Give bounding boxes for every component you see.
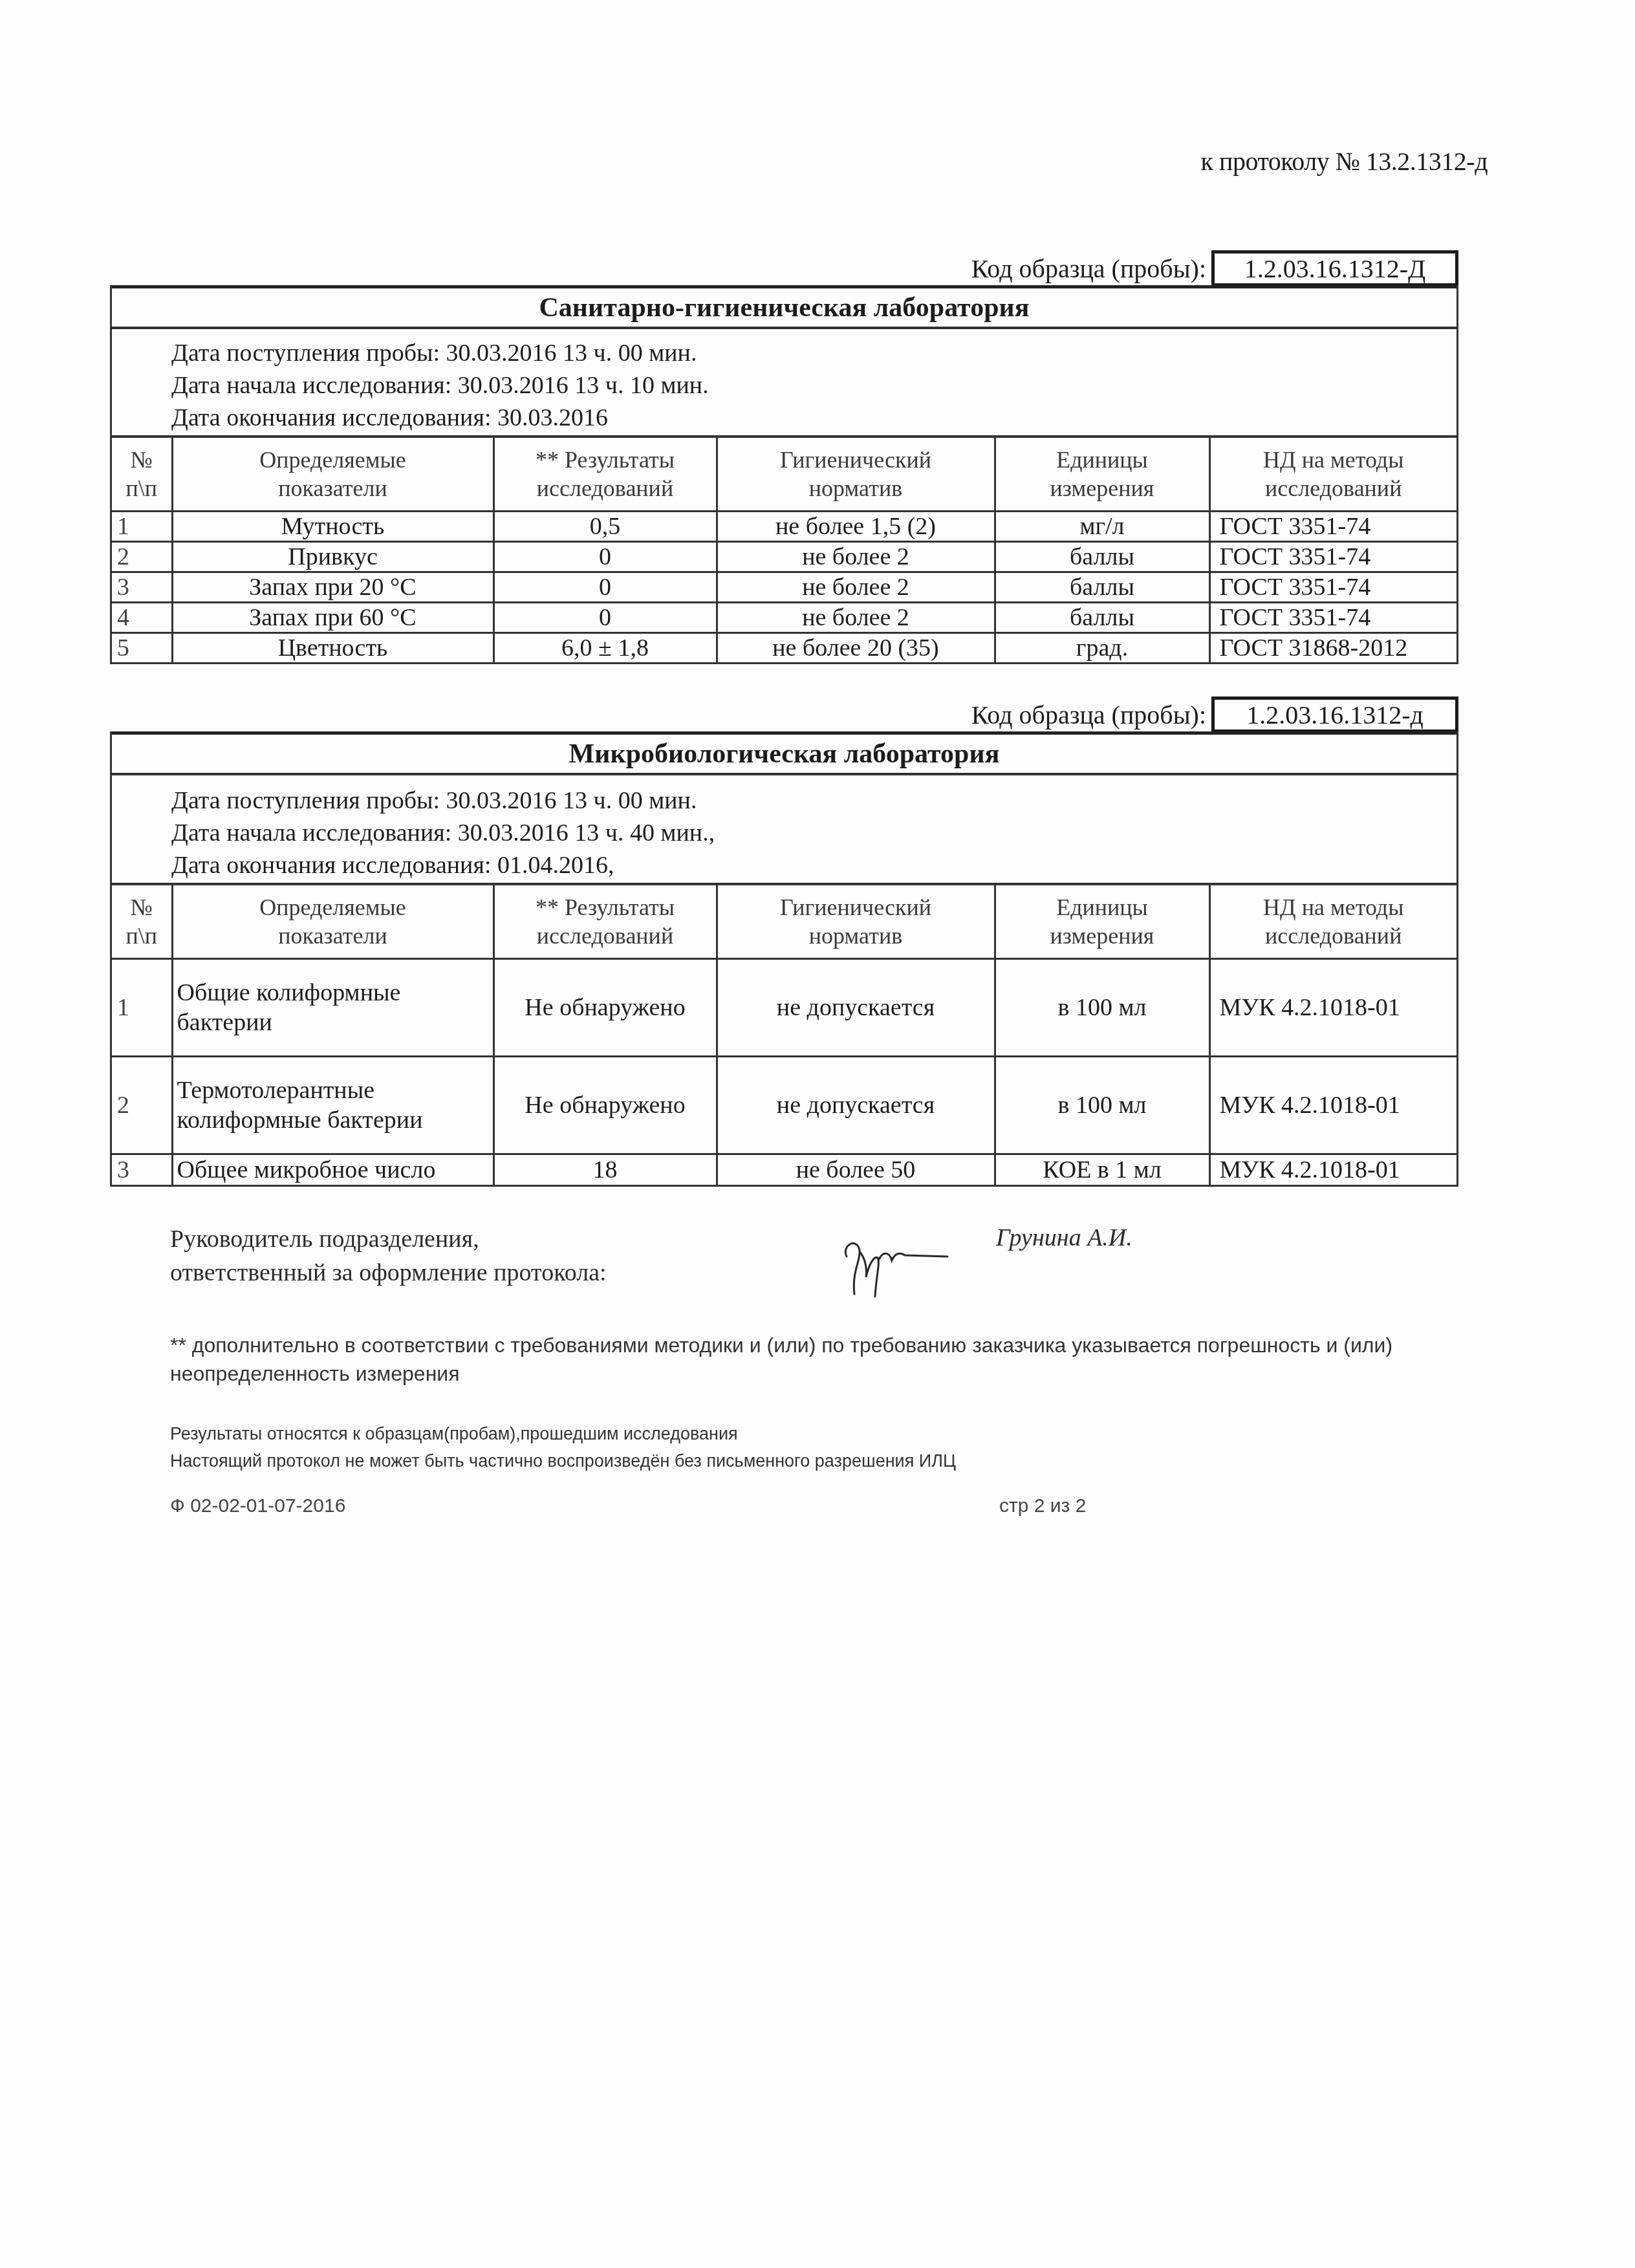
cell-result: 0 (493, 603, 717, 633)
cell-n: 4 (112, 603, 172, 633)
column-header-line: исследований (499, 922, 712, 950)
cell-unit: в 100 мл (995, 1057, 1209, 1154)
column-header-line: Гигиенический (722, 446, 990, 474)
cell-result: Не обнаружено (493, 1057, 717, 1154)
cell-indicator: Общие колиформные бактерии (172, 959, 493, 1057)
column-header-line: Определяемые (177, 893, 489, 922)
column-header-line: п\п (116, 922, 168, 950)
table-row: 3Общее микробное число18не более 50КОЕ в… (112, 1154, 1456, 1186)
cell-unit: баллы (995, 572, 1209, 603)
cell-indicator: Запах при 60 °С (172, 603, 493, 633)
column-header-line: измерения (1000, 474, 1205, 502)
cell-norm: не более 20 (35) (717, 633, 995, 664)
microbiology-lab-section: Микробиологическая лаборатория Дата пост… (110, 731, 1458, 1187)
form-code: Ф 02-02-01-07-2016 (170, 1495, 345, 1517)
cell-method: МУК 4.2.1018-01 (1209, 1154, 1456, 1186)
cell-indicator: Привкус (172, 542, 493, 572)
notes: Результаты относятся к образцам(пробам),… (170, 1420, 956, 1474)
cell-unit: град. (995, 633, 1209, 664)
column-header-line: НД на методы (1215, 446, 1453, 474)
column-header: Единицыизмерения (995, 437, 1209, 512)
column-header-line: исследований (1215, 922, 1453, 950)
cell-method: МУК 4.2.1018-01 (1209, 959, 1456, 1057)
column-header-line: п\п (116, 474, 168, 502)
cell-norm: не допускается (717, 1057, 995, 1154)
show-through-text (310, 1837, 320, 1880)
date-finished: Дата окончания исследования: 01.04.2016, (171, 849, 1456, 881)
date-finished: Дата окончания исследования: 30.03.2016 (171, 402, 1456, 434)
column-header: НД на методыисследований (1209, 884, 1456, 959)
sanitary-lab-section: Санитарно-гигиеническая лаборатория Дата… (110, 285, 1458, 664)
column-header-line: исследований (499, 474, 712, 502)
footnote: ** дополнительно в соответствии с требов… (170, 1331, 1399, 1388)
protocol-reference: к протоколу № 13.2.1312-д (1201, 146, 1488, 177)
sample-code-value: 1.2.03.16.1312-Д (1211, 250, 1458, 286)
cell-result: 6,0 ± 1,8 (493, 633, 717, 664)
cell-indicator: Запах при 20 °С (172, 572, 493, 603)
signatory-name: Грунина А.И. (996, 1224, 1132, 1252)
cell-norm: не более 1,5 (2) (717, 512, 995, 542)
column-header-line: исследований (1215, 474, 1453, 502)
results-table: №п\пОпределяемыепоказатели** Результатыи… (112, 435, 1456, 664)
column-header: №п\п (112, 437, 172, 512)
column-header-line: ** Результаты (499, 446, 712, 474)
table-row: 1Общие колиформные бактерииНе обнаружено… (112, 959, 1456, 1057)
table-row: 2Термотолерантные колиформные бактерииНе… (112, 1057, 1456, 1154)
cell-unit: баллы (995, 542, 1209, 572)
column-header: Гигиеническийнорматив (717, 437, 995, 512)
handwritten-signature-icon (838, 1232, 960, 1303)
sample-code-row: Код образца (пробы): 1.2.03.16.1312-д (110, 695, 1458, 733)
cell-unit: баллы (995, 603, 1209, 633)
column-header: №п\п (112, 884, 172, 959)
column-header-line: показатели (177, 922, 489, 950)
column-header: НД на методыисследований (1209, 437, 1456, 512)
column-header: Гигиеническийнорматив (717, 884, 995, 959)
column-header-line: Единицы (1000, 893, 1205, 922)
sample-code-value: 1.2.03.16.1312-д (1211, 697, 1458, 733)
table-header-row: №п\пОпределяемыепоказатели** Результатыи… (112, 884, 1456, 959)
column-header-line: Определяемые (177, 446, 489, 474)
cell-norm: не допускается (717, 959, 995, 1057)
note-line: Настоящий протокол не может быть частичн… (170, 1447, 956, 1474)
page-number: стр 2 из 2 (999, 1495, 1086, 1517)
date-received: Дата поступления пробы: 30.03.2016 13 ч.… (171, 337, 1456, 369)
column-header-line: № (116, 446, 168, 474)
section-title: Санитарно-гигиеническая лаборатория (112, 285, 1456, 329)
column-header-line: Гигиенический (722, 893, 990, 922)
column-header-line: НД на методы (1215, 893, 1453, 922)
cell-indicator: Цветность (172, 633, 493, 664)
column-header-line: Единицы (1000, 446, 1205, 474)
cell-n: 3 (112, 1154, 172, 1186)
column-header-line: показатели (177, 474, 489, 502)
cell-n: 3 (112, 572, 172, 603)
cell-method: ГОСТ 3351-74 (1209, 542, 1456, 572)
table-row: 3Запах при 20 °С0не более 2баллыГОСТ 335… (112, 572, 1456, 603)
cell-n: 1 (112, 959, 172, 1057)
cell-indicator: Общее микробное число (172, 1154, 493, 1186)
sample-code-label: Код образца (пробы): (971, 700, 1211, 733)
date-started: Дата начала исследования: 30.03.2016 13 … (171, 817, 1456, 849)
cell-result: 0 (493, 572, 717, 603)
column-header: Единицыизмерения (995, 884, 1209, 959)
section-dates: Дата поступления пробы: 30.03.2016 13 ч.… (112, 329, 1456, 435)
cell-method: ГОСТ 31868-2012 (1209, 633, 1456, 664)
table-row: 5Цветность6,0 ± 1,8не более 20 (35)град.… (112, 633, 1456, 664)
cell-norm: не более 50 (717, 1154, 995, 1186)
column-header-line: ** Результаты (499, 893, 712, 922)
cell-method: ГОСТ 3351-74 (1209, 512, 1456, 542)
signature-role: Руководитель подразделения, ответственны… (170, 1222, 607, 1290)
cell-method: МУК 4.2.1018-01 (1209, 1057, 1456, 1154)
cell-method: ГОСТ 3351-74 (1209, 572, 1456, 603)
column-header: Определяемыепоказатели (172, 884, 493, 959)
cell-result: 18 (493, 1154, 717, 1186)
date-received: Дата поступления пробы: 30.03.2016 13 ч.… (171, 784, 1456, 817)
column-header-line: измерения (1000, 922, 1205, 950)
cell-indicator: Термотолерантные колиформные бактерии (172, 1057, 493, 1154)
section-title: Микробиологическая лаборатория (112, 731, 1456, 775)
column-header-line: № (116, 893, 168, 922)
cell-method: ГОСТ 3351-74 (1209, 603, 1456, 633)
column-header: Определяемыепоказатели (172, 437, 493, 512)
table-row: 2Привкус0не более 2баллыГОСТ 3351-74 (112, 542, 1456, 572)
column-header-line: норматив (722, 474, 990, 502)
cell-n: 2 (112, 542, 172, 572)
sample-code-row: Код образца (пробы): 1.2.03.16.1312-Д (110, 249, 1458, 286)
cell-result: Не обнаружено (493, 959, 717, 1057)
cell-result: 0,5 (493, 512, 717, 542)
date-started: Дата начала исследования: 30.03.2016 13 … (171, 369, 1456, 402)
cell-n: 5 (112, 633, 172, 664)
section-dates: Дата поступления пробы: 30.03.2016 13 ч.… (112, 775, 1456, 883)
table-row: 1Мутность0,5не более 1,5 (2)мг/лГОСТ 335… (112, 512, 1456, 542)
cell-n: 2 (112, 1057, 172, 1154)
column-header: ** Результатыисследований (493, 437, 717, 512)
cell-n: 1 (112, 512, 172, 542)
cell-norm: не более 2 (717, 603, 995, 633)
sample-code-label: Код образца (пробы): (971, 254, 1211, 286)
cell-unit: мг/л (995, 512, 1209, 542)
table-row: 4Запах при 60 °С0не более 2баллыГОСТ 335… (112, 603, 1456, 633)
cell-unit: в 100 мл (995, 959, 1209, 1057)
table-header-row: №п\пОпределяемыепоказатели** Результатыи… (112, 437, 1456, 512)
cell-norm: не более 2 (717, 542, 995, 572)
cell-result: 0 (493, 542, 717, 572)
cell-unit: КОЕ в 1 мл (995, 1154, 1209, 1186)
signature-role-line: ответственный за оформление протокола: (170, 1256, 607, 1290)
results-table: №п\пОпределяемыепоказатели** Результатыи… (112, 883, 1456, 1187)
cell-indicator: Мутность (172, 512, 493, 542)
cell-norm: не более 2 (717, 572, 995, 603)
column-header-line: норматив (722, 922, 990, 950)
signature-role-line: Руководитель подразделения, (170, 1222, 607, 1256)
column-header: ** Результатыисследований (493, 884, 717, 959)
note-line: Результаты относятся к образцам(пробам),… (170, 1420, 956, 1447)
